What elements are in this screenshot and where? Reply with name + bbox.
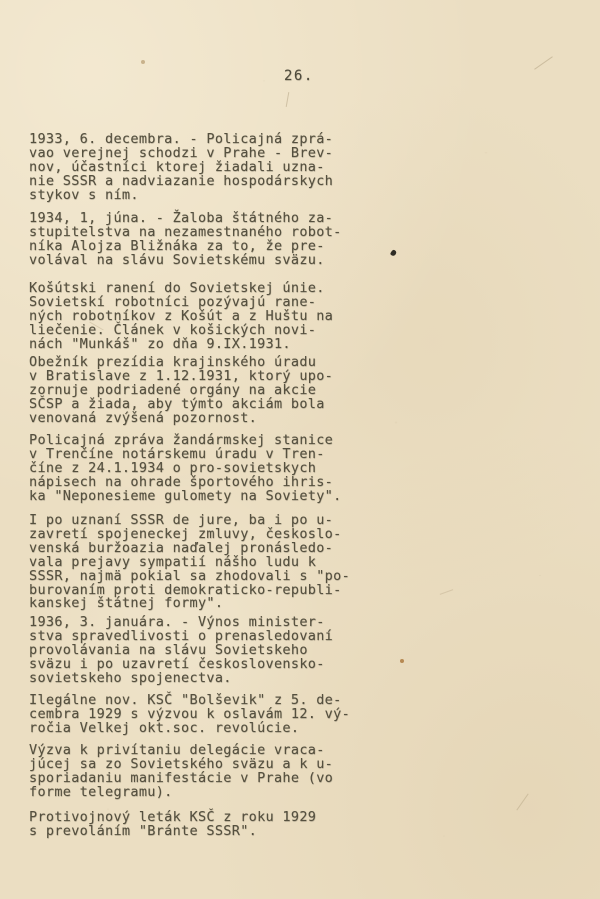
paragraph: I po uznaní SSSR de jure, ba i po u- zav… <box>29 514 350 611</box>
paragraph: Protivojnový leták KSČ z roku 1929 s pre… <box>29 811 316 839</box>
paragraph: Výzva k privítaniu delegácie vraca- júce… <box>29 744 333 800</box>
paragraph: 1936, 3. januára. - Výnos minister- stva… <box>29 616 333 686</box>
paragraph: 1933, 6. decembra. - Policajná zprá- vao… <box>29 133 333 203</box>
paragraph: Obežník prezídia krajinského úradu v Bra… <box>29 356 333 426</box>
document-page: 26. 1933, 6. decembra. - Policajná zprá-… <box>0 0 600 899</box>
paragraph: Ilegálne nov. KSČ "Bolševik" z 5. de- ce… <box>29 694 350 736</box>
document-text-block: 1933, 6. decembra. - Policajná zprá- vao… <box>0 0 600 899</box>
paragraph: Policajná zpráva žandármskej stanice v T… <box>29 434 342 504</box>
paragraph: 1934, 1, júna. - Žaloba štátného za- stu… <box>29 212 342 268</box>
paragraph: Košútski ranení do Sovietskej únie. Sovi… <box>29 282 333 352</box>
